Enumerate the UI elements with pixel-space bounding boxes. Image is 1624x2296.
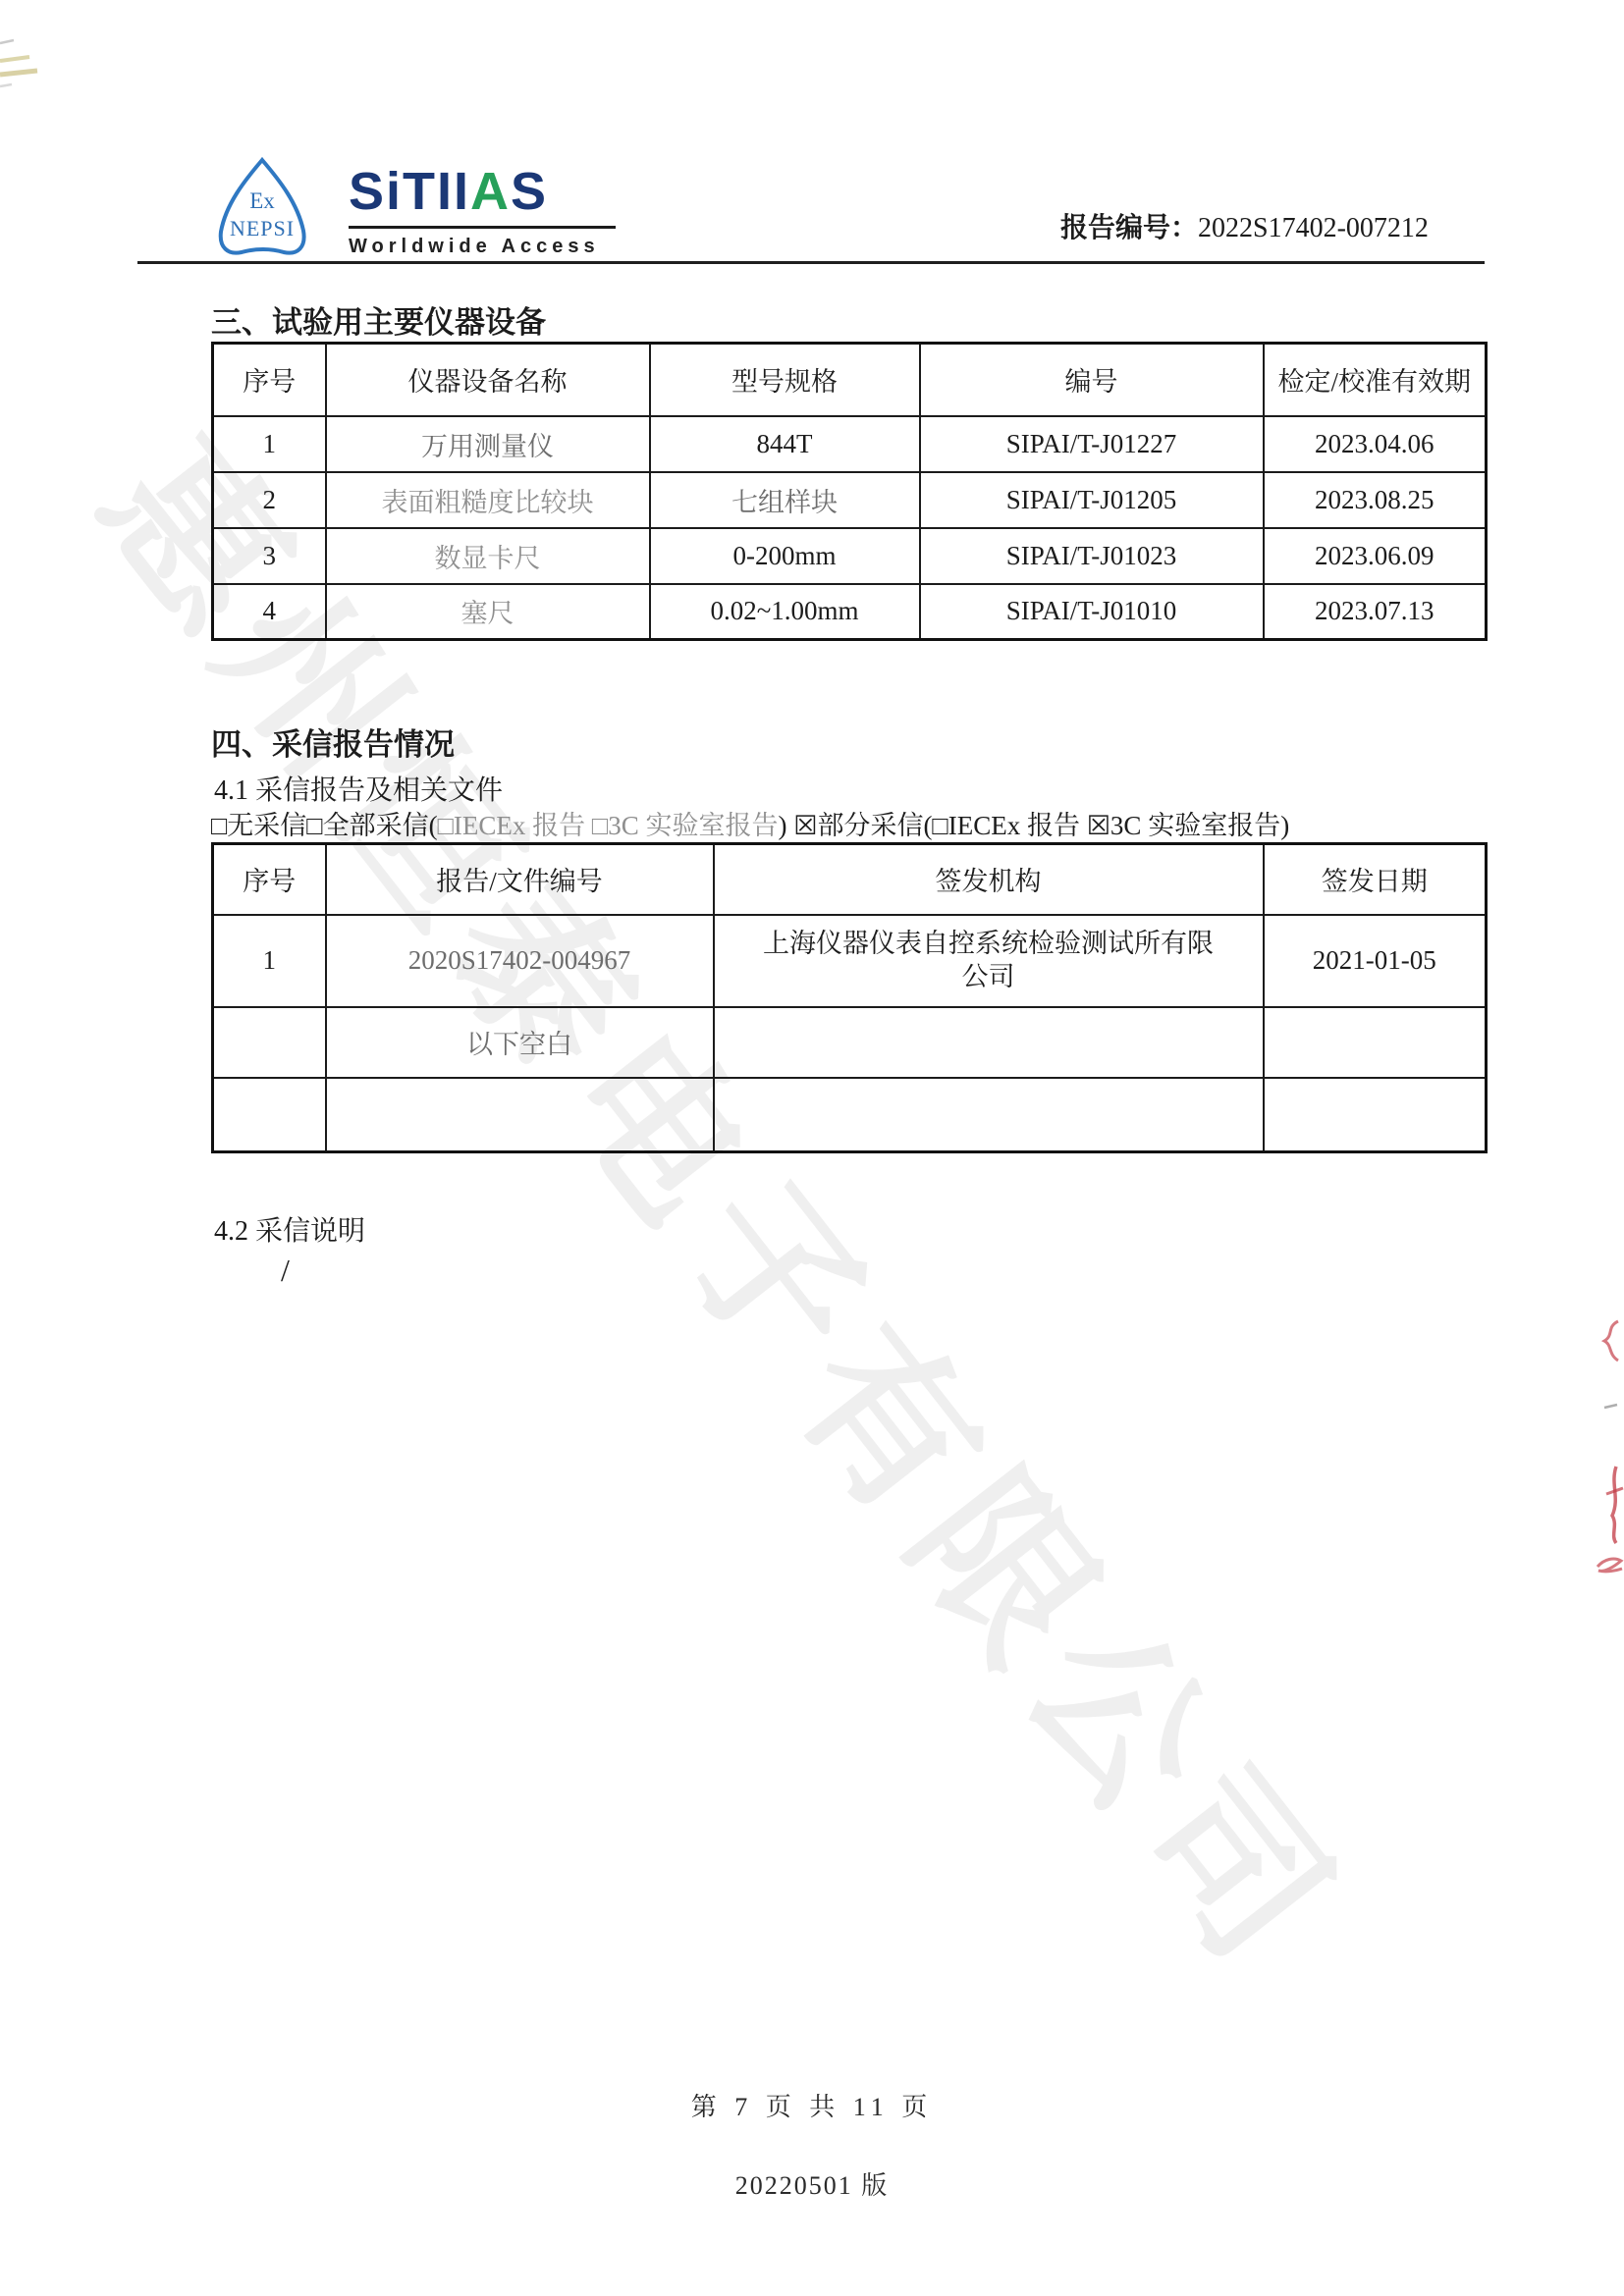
column-header: 编号 bbox=[920, 344, 1264, 416]
table-header-row: 序号 报告/文件编号 签发机构 签发日期 bbox=[213, 844, 1487, 915]
instruments-table: 序号 仪器设备名称 型号规格 编号 检定/校准有效期 1 万用测量仪 844T … bbox=[211, 342, 1488, 641]
logo-badge: Ex NEPSI bbox=[209, 155, 315, 265]
column-header: 序号 bbox=[213, 344, 326, 416]
red-pen-mark bbox=[1598, 1317, 1624, 1364]
table-cell: 2 bbox=[213, 472, 326, 528]
table-cell: SIPAI/T-J01010 bbox=[920, 584, 1264, 640]
report-number: 报告编号：2022S17402-007212 bbox=[1060, 206, 1429, 245]
table-cell bbox=[714, 1078, 1264, 1152]
acceptance-seg1: □无采信□全部采信( bbox=[211, 811, 438, 840]
table-header-row: 序号 仪器设备名称 型号规格 编号 检定/校准有效期 bbox=[213, 344, 1487, 416]
section42-value: / bbox=[281, 1253, 290, 1289]
table-cell: 2020S17402-004967 bbox=[326, 915, 714, 1007]
table-cell bbox=[213, 1078, 326, 1152]
table-cell: 2021-01-05 bbox=[1264, 915, 1487, 1007]
table-cell: 上海仪器仪表自控系统检验测试所有限公司 bbox=[714, 915, 1264, 1007]
table-cell: 2023.07.13 bbox=[1264, 584, 1487, 640]
table-cell: 七组样块 bbox=[650, 472, 920, 528]
red-pen-mark bbox=[1595, 1547, 1624, 1576]
logo-word-a: A bbox=[470, 162, 511, 221]
table-cell: 数显卡尺 bbox=[326, 528, 650, 584]
table-cell: 2023.06.09 bbox=[1264, 528, 1487, 584]
table-cell: 塞尺 bbox=[326, 584, 650, 640]
table-cell: 2023.04.06 bbox=[1264, 416, 1487, 472]
table-row: 4 塞尺 0.02~1.00mm SIPAI/T-J01010 2023.07.… bbox=[213, 584, 1487, 640]
table-cell bbox=[714, 1007, 1264, 1078]
table-cell: 表面粗糙度比较块 bbox=[326, 472, 650, 528]
gray-scan-mark bbox=[1602, 1402, 1620, 1412]
table-cell: 以下空白 bbox=[326, 1007, 714, 1078]
logo-word-prefix: SiTII bbox=[349, 162, 470, 221]
logo-wordmark: SiTIIAS bbox=[349, 165, 548, 218]
column-header: 签发机构 bbox=[714, 844, 1264, 915]
document-page: 惠州恒泰电子有限公司 Ex NEPSI SiTIIAS Worldwide Ac… bbox=[0, 0, 1624, 2296]
table-cell: 0.02~1.00mm bbox=[650, 584, 920, 640]
logo-nepsi-label: NEPSI bbox=[209, 216, 315, 241]
corner-scan-mark bbox=[0, 37, 43, 92]
issuing-org-text: 上海仪器仪表自控系统检验测试所有限公司 bbox=[753, 928, 1224, 994]
acceptance-seg3: ) bbox=[778, 811, 793, 840]
logo-ex-label: Ex bbox=[209, 188, 315, 214]
section3-title: 三、试验用主要仪器设备 bbox=[211, 297, 546, 342]
column-header: 型号规格 bbox=[650, 344, 920, 416]
table-cell: SIPAI/T-J01227 bbox=[920, 416, 1264, 472]
section41-subtitle: 4.1 采信报告及相关文件 bbox=[214, 769, 503, 808]
header-divider bbox=[137, 261, 1485, 264]
logo-divider bbox=[349, 226, 616, 229]
section4-title: 四、采信报告情况 bbox=[211, 720, 455, 764]
red-pen-mark bbox=[1604, 1465, 1624, 1545]
table-cell: 万用测量仪 bbox=[326, 416, 650, 472]
table-cell: SIPAI/T-J01205 bbox=[920, 472, 1264, 528]
acceptance-seg2: □IECEx 报告 □3C 实验室报告 bbox=[438, 811, 779, 840]
table-cell: 844T bbox=[650, 416, 920, 472]
table-cell: SIPAI/T-J01023 bbox=[920, 528, 1264, 584]
acceptance-seg4: ☒部分采信(□IECEx 报告 ☒3C 实验室报告) bbox=[793, 811, 1289, 840]
table-row: 3 数显卡尺 0-200mm SIPAI/T-J01023 2023.06.09 bbox=[213, 528, 1487, 584]
column-header: 检定/校准有效期 bbox=[1264, 344, 1487, 416]
report-number-value: 2022S17402-007212 bbox=[1198, 213, 1429, 243]
table-cell: 1 bbox=[213, 416, 326, 472]
table-cell bbox=[326, 1078, 714, 1152]
table-row: 1 万用测量仪 844T SIPAI/T-J01227 2023.04.06 bbox=[213, 416, 1487, 472]
logo: Ex NEPSI SiTIIAS Worldwide Access bbox=[209, 147, 622, 275]
table-row bbox=[213, 1078, 1487, 1152]
table-row: 1 2020S17402-004967 上海仪器仪表自控系统检验测试所有限公司 … bbox=[213, 915, 1487, 1007]
footer-page-indicator: 第 7 页 共 11 页 bbox=[0, 2087, 1624, 2123]
table-cell bbox=[1264, 1007, 1487, 1078]
logo-word-suffix: S bbox=[511, 162, 548, 221]
footer-version: 20220501 版 bbox=[0, 2165, 1624, 2202]
column-header: 仪器设备名称 bbox=[326, 344, 650, 416]
acceptance-options-line: □无采信□全部采信(□IECEx 报告 □3C 实验室报告) ☒部分采信(□IE… bbox=[211, 804, 1289, 842]
column-header: 签发日期 bbox=[1264, 844, 1487, 915]
column-header: 报告/文件编号 bbox=[326, 844, 714, 915]
table-cell: 0-200mm bbox=[650, 528, 920, 584]
table-cell bbox=[1264, 1078, 1487, 1152]
table-cell bbox=[213, 1007, 326, 1078]
adopted-reports-table: 序号 报告/文件编号 签发机构 签发日期 1 2020S17402-004967… bbox=[211, 842, 1488, 1153]
table-cell: 4 bbox=[213, 584, 326, 640]
table-row: 2 表面粗糙度比较块 七组样块 SIPAI/T-J01205 2023.08.2… bbox=[213, 472, 1487, 528]
column-header: 序号 bbox=[213, 844, 326, 915]
table-cell: 1 bbox=[213, 915, 326, 1007]
table-cell: 2023.08.25 bbox=[1264, 472, 1487, 528]
section42-subtitle: 4.2 采信说明 bbox=[214, 1209, 365, 1249]
table-cell: 3 bbox=[213, 528, 326, 584]
report-number-label: 报告编号： bbox=[1060, 213, 1198, 243]
logo-tagline: Worldwide Access bbox=[349, 236, 620, 258]
table-row: 以下空白 bbox=[213, 1007, 1487, 1078]
